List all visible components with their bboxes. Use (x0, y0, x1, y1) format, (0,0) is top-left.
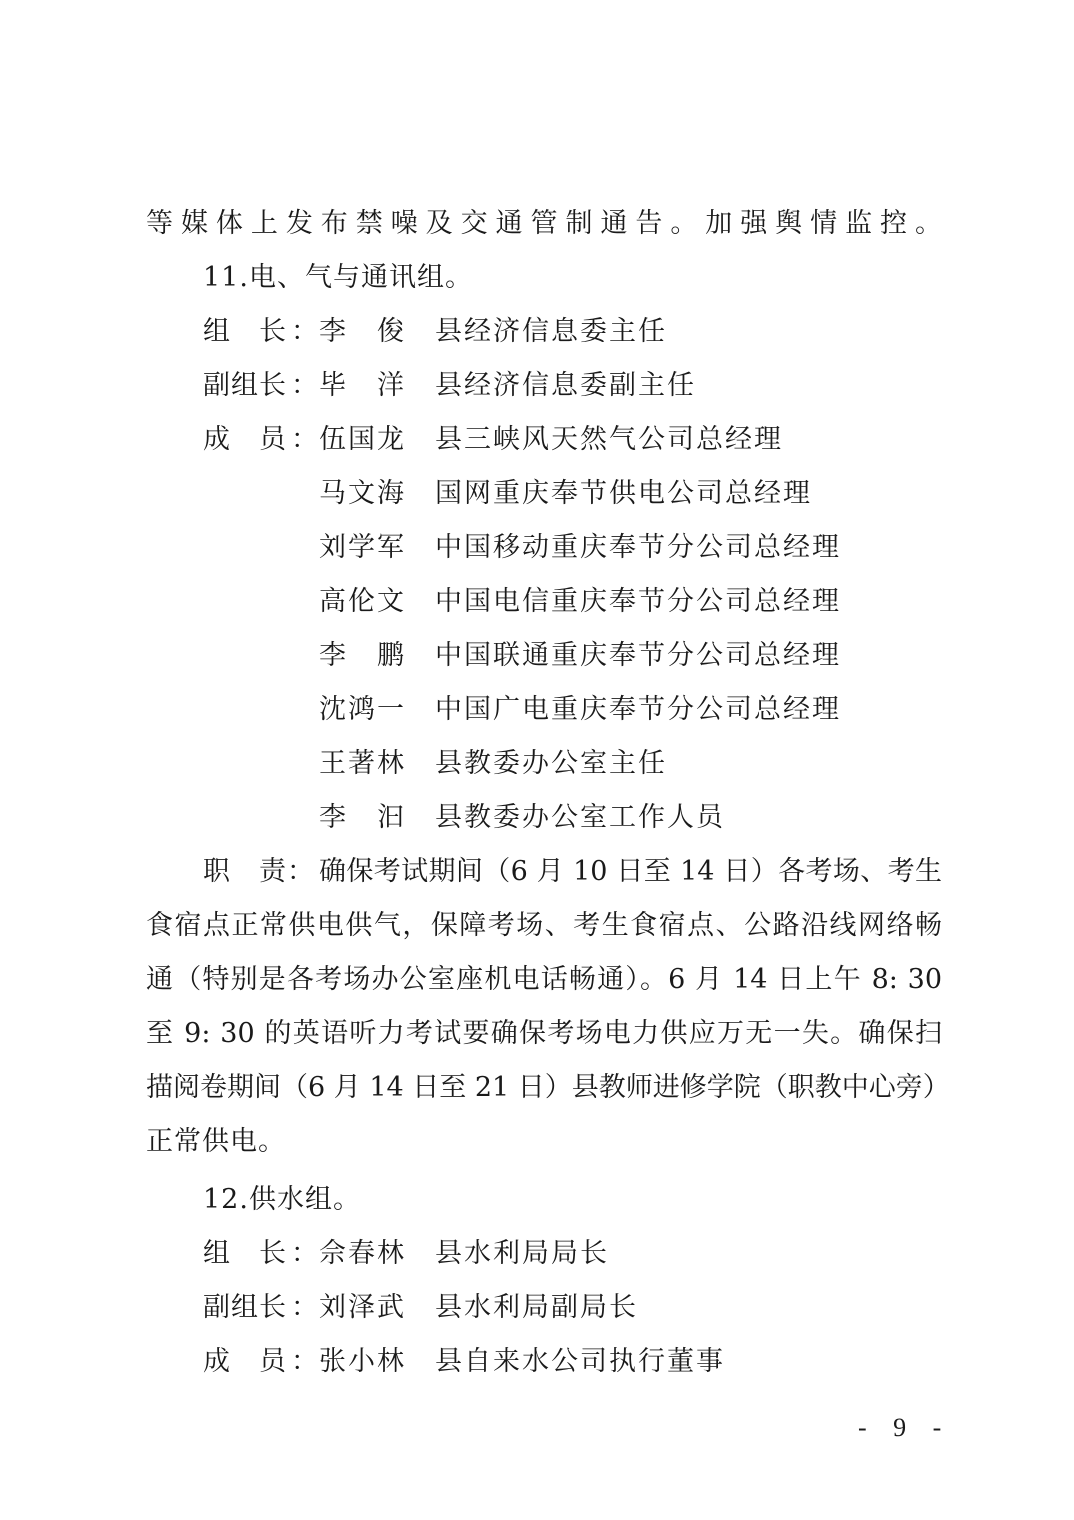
roster-title: 中国广电重庆奉节分公司总经理 (435, 693, 841, 727)
duties-label: 职 责： (203, 855, 319, 889)
roster-colon: ： (291, 369, 315, 403)
roster-title: 县经济信息委副主任 (435, 369, 696, 403)
roster-title: 县水利局局长 (435, 1237, 609, 1271)
roster-name: 刘泽武 (319, 1291, 429, 1325)
roster-name: 李 俊 (319, 315, 429, 349)
roster-title: 县教委办公室工作人员 (435, 801, 725, 835)
duties-line: 通（特别是各考场办公室座机电话畅通）。6 月 14 日上午 8: 30 (146, 963, 942, 997)
roster-title: 国网重庆奉节供电公司总经理 (435, 477, 812, 511)
roster-name: 王著林 (319, 747, 429, 781)
roster-name: 李 鹏 (319, 639, 429, 673)
roster-colon: ： (291, 1345, 315, 1379)
roster-title: 县三峡风天然气公司总经理 (435, 423, 783, 457)
roster-name: 张小林 (319, 1345, 429, 1379)
page-number: - 9 - (858, 1413, 951, 1443)
roster-colon: ： (291, 1237, 315, 1271)
duties-text: 确保考试期间（6 月 10 日至 14 日）各考场、考生 (319, 855, 942, 889)
duties-line-last: 正常供电。 (146, 1125, 286, 1159)
section-heading-12: 12.供水组。 (203, 1183, 361, 1217)
roster-name: 刘学军 (319, 531, 429, 565)
roster-title: 中国移动重庆奉节分公司总经理 (435, 531, 841, 565)
lead-paragraph-line: 等媒体上发布禁噪及交通管制通告。加强舆情监控。 (146, 207, 942, 241)
roster-colon: ： (291, 423, 315, 457)
roster-name: 李 汩 (319, 801, 429, 835)
duties-line: 描阅卷期间（6 月 14 日至 21 日）县教师进修学院（职教中心旁） (146, 1071, 942, 1105)
roster-name: 马文海 (319, 477, 429, 511)
roster-name: 伍国龙 (319, 423, 429, 457)
roster-name: 高伦文 (319, 585, 429, 619)
roster-title: 县水利局副局长 (435, 1291, 638, 1325)
roster-colon: ： (291, 315, 315, 349)
roster-name: 毕 洋 (319, 369, 429, 403)
duties-line: 食宿点正常供电供气，保障考场、考生食宿点、公路沿线网络畅 (146, 909, 942, 943)
duties-line: 至 9: 30 的英语听力考试要确保考场电力供应万无一失。确保扫 (146, 1017, 942, 1051)
roster-title: 中国电信重庆奉节分公司总经理 (435, 585, 841, 619)
roster-title: 中国联通重庆奉节分公司总经理 (435, 639, 841, 673)
roster-name: 沈鸿一 (319, 693, 429, 727)
roster-title: 县经济信息委主任 (435, 315, 667, 349)
section-heading-11: 11.电、气与通讯组。 (203, 261, 473, 295)
roster-colon: ： (291, 1291, 315, 1325)
roster-title: 县自来水公司执行董事 (435, 1345, 725, 1379)
roster-title: 县教委办公室主任 (435, 747, 667, 781)
roster-name: 佘春林 (319, 1237, 429, 1271)
document-page: 等媒体上发布禁噪及交通管制通告。加强舆情监控。 11.电、气与通讯组。 组 长 … (0, 0, 1074, 1520)
